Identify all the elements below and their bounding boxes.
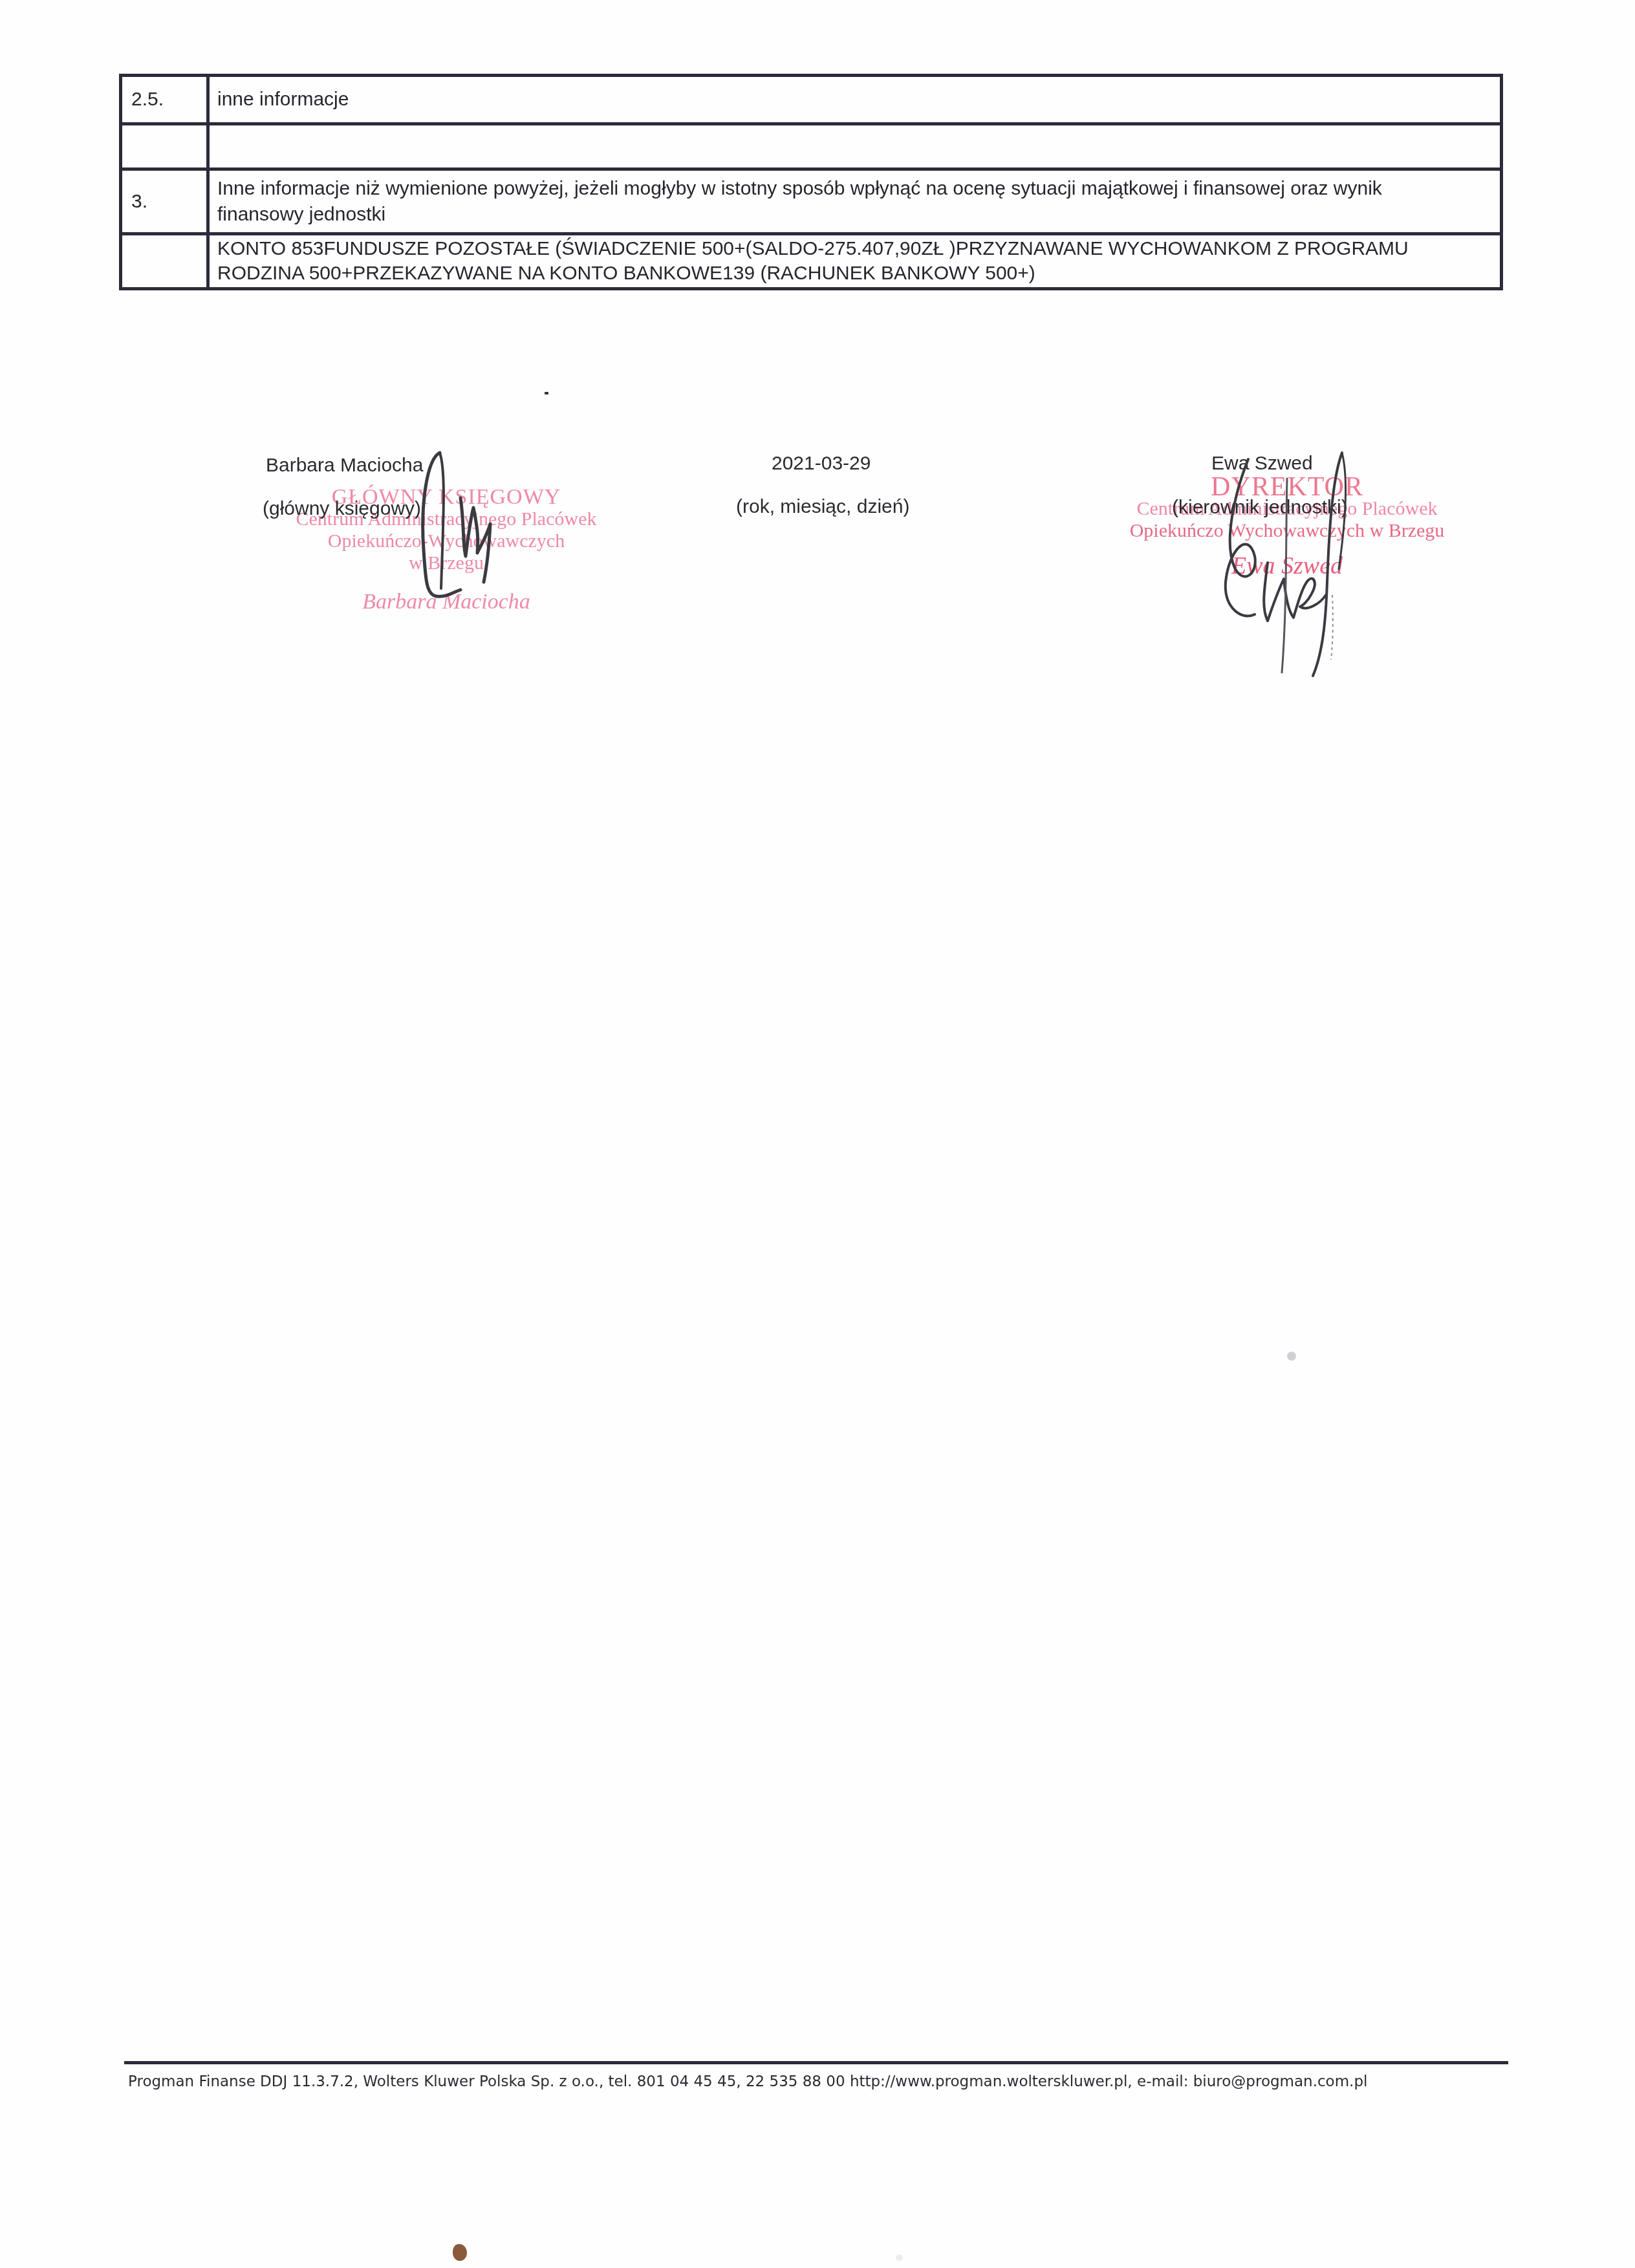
info-table: 2.5. inne informacje 3. Inne informacje … — [119, 74, 1503, 290]
table-row — [121, 124, 1502, 169]
row-number — [121, 124, 208, 169]
row-text-line: RODZINA 500+PRZEKAZYWANE NA KONTO BANKOW… — [217, 261, 1492, 286]
document-page: 2.5. inne informacje 3. Inne informacje … — [0, 0, 1635, 2268]
signature-date-label: (rok, miesiąc, dzień) — [736, 496, 909, 518]
table-row: KONTO 853FUNDUSZE POZOSTAŁE (ŚWIADCZENIE… — [121, 234, 1502, 289]
chief-accountant-role: (główny księgowy) — [263, 498, 421, 520]
stamp-title: DYREKTOR — [1093, 476, 1481, 498]
footer-divider — [124, 2061, 1508, 2064]
row-text-line: KONTO 853FUNDUSZE POZOSTAŁE (ŚWIADCZENIE… — [217, 237, 1492, 261]
stamp-line: w Brzegu — [272, 552, 621, 574]
head-of-unit-role: (kierownik jednostki) — [1172, 497, 1348, 519]
row-text — [208, 124, 1502, 169]
stamp-line: Opiekuńczo-Wychowawczych — [272, 530, 621, 552]
stamp-line: Opiekuńczo Wychowawczych w Brzegu — [1093, 520, 1481, 542]
row-number: 2.5. — [121, 76, 208, 124]
table-row: 2.5. inne informacje — [121, 76, 1502, 124]
row-number: 3. — [121, 169, 208, 234]
scan-mark — [545, 392, 548, 394]
head-of-unit-stamp: DYREKTOR Centrum Administracyjnego Placó… — [1093, 476, 1481, 577]
scan-blot — [453, 2244, 467, 2261]
row-text: KONTO 853FUNDUSZE POZOSTAŁE (ŚWIADCZENIE… — [208, 234, 1502, 289]
row-text: inne informacje — [208, 76, 1502, 124]
row-text: Inne informacje niż wymienione powyżej, … — [208, 169, 1502, 234]
stamp-name: Barbara Maciocha — [272, 591, 621, 613]
scan-speck — [1287, 1352, 1296, 1361]
table-row: 3. Inne informacje niż wymienione powyże… — [121, 169, 1502, 234]
row-number — [121, 234, 208, 289]
signature-date: 2021-03-29 — [772, 453, 871, 475]
head-of-unit-name: Ewa Szwed — [1211, 453, 1313, 475]
stamp-name: Ewa Szwed — [1093, 555, 1481, 577]
footer-text: Progman Finanse DDJ 11.3.7.2, Wolters Kl… — [128, 2073, 1367, 2090]
scan-speck — [896, 2254, 903, 2261]
chief-accountant-name: Barbara Maciocha — [266, 455, 423, 477]
